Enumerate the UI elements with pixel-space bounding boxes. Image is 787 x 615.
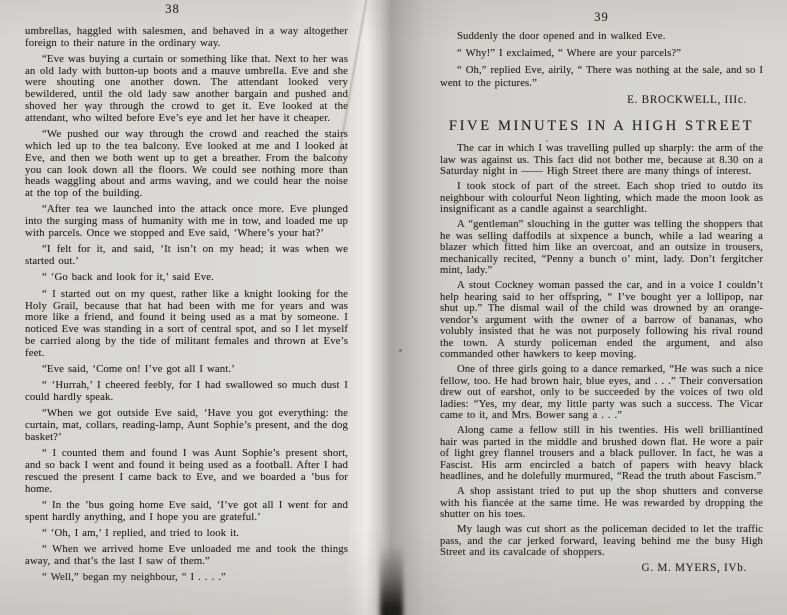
paragraph: “ Why!” I exclaimed, “ Where are your pa… [440, 47, 763, 59]
scan-speckle [86, 109, 88, 112]
paragraph: “ Oh,” replied Eve, airily, “ There was … [440, 64, 763, 89]
scan-speckle [546, 140, 548, 142]
paragraph: A stout Cockney woman passed the car, an… [440, 280, 763, 361]
paragraph: “Eve said, ‘Come on! I’ve got all I want… [25, 364, 348, 376]
page-number-right: 39 [440, 11, 763, 23]
paragraph: “Eve was buying a curtain or something l… [25, 54, 348, 125]
paragraph: “ Well,” began my neighbour, “ I . . . .… [25, 572, 348, 584]
paragraph: “ When we arrived home Eve unloaded me a… [25, 544, 348, 568]
page-right: 39 Suddenly the door opened and in walke… [440, 11, 763, 577]
paragraph: “ ‘Hurrah,’ I cheered feebly, for I had … [25, 380, 348, 404]
paragraph: Suddenly the door opened and in walked E… [440, 30, 763, 42]
article-title: FIVE MINUTES IN A HIGH STREET [440, 120, 763, 132]
paragraph: umbrellas, haggled with salesmen, and be… [25, 26, 348, 50]
scan-speckle [399, 349, 402, 352]
author-signature: E. BROCKWELL, IIIc. [440, 94, 763, 106]
gutter-shadow [380, 545, 403, 615]
paragraph: “We pushed our way through the crowd and… [25, 129, 348, 200]
page-number-left: 38 [25, 4, 320, 16]
paragraph: A “gentleman” slouching in the gutter wa… [440, 219, 763, 277]
paragraph: “ I started out on my quest, rather like… [25, 289, 348, 360]
paragraph: “ I counted them and found I was Aunt So… [25, 448, 348, 495]
paragraph: “When we got outside Eve said, ‘Have you… [25, 408, 348, 443]
paragraph: Along came a fellow still in his twentie… [440, 425, 763, 483]
paragraph: One of three girls going to a dance rema… [440, 364, 763, 422]
paragraph: “ In the ’bus going home Eve said, ‘I’ve… [25, 500, 348, 524]
paragraph: I took stock of part of the street. Each… [440, 181, 763, 216]
paragraph: “ ‘Go back and look for it,’ said Eve. [25, 272, 348, 284]
article: FIVE MINUTES IN A HIGH STREET The car in… [440, 120, 763, 575]
book-scan: 38 umbrellas, haggled with salesmen, and… [0, 0, 787, 615]
paragraph: “ ‘Oh, I am,’ I replied, and tried to lo… [25, 528, 348, 540]
paragraph: My laugh was cut short as the policeman … [440, 524, 763, 559]
paragraph: “After tea we launched into the attack o… [25, 204, 348, 239]
paragraph: “I felt for it, and said, ‘It isn’t on m… [25, 244, 348, 268]
author-signature: G. M. MYERS, IVb. [440, 562, 763, 574]
page-left: 38 umbrellas, haggled with salesmen, and… [25, 4, 348, 589]
paragraph: The car in which I was travelling pulled… [440, 143, 763, 178]
paragraph: A shop assistant tried to put up the sho… [440, 486, 763, 521]
